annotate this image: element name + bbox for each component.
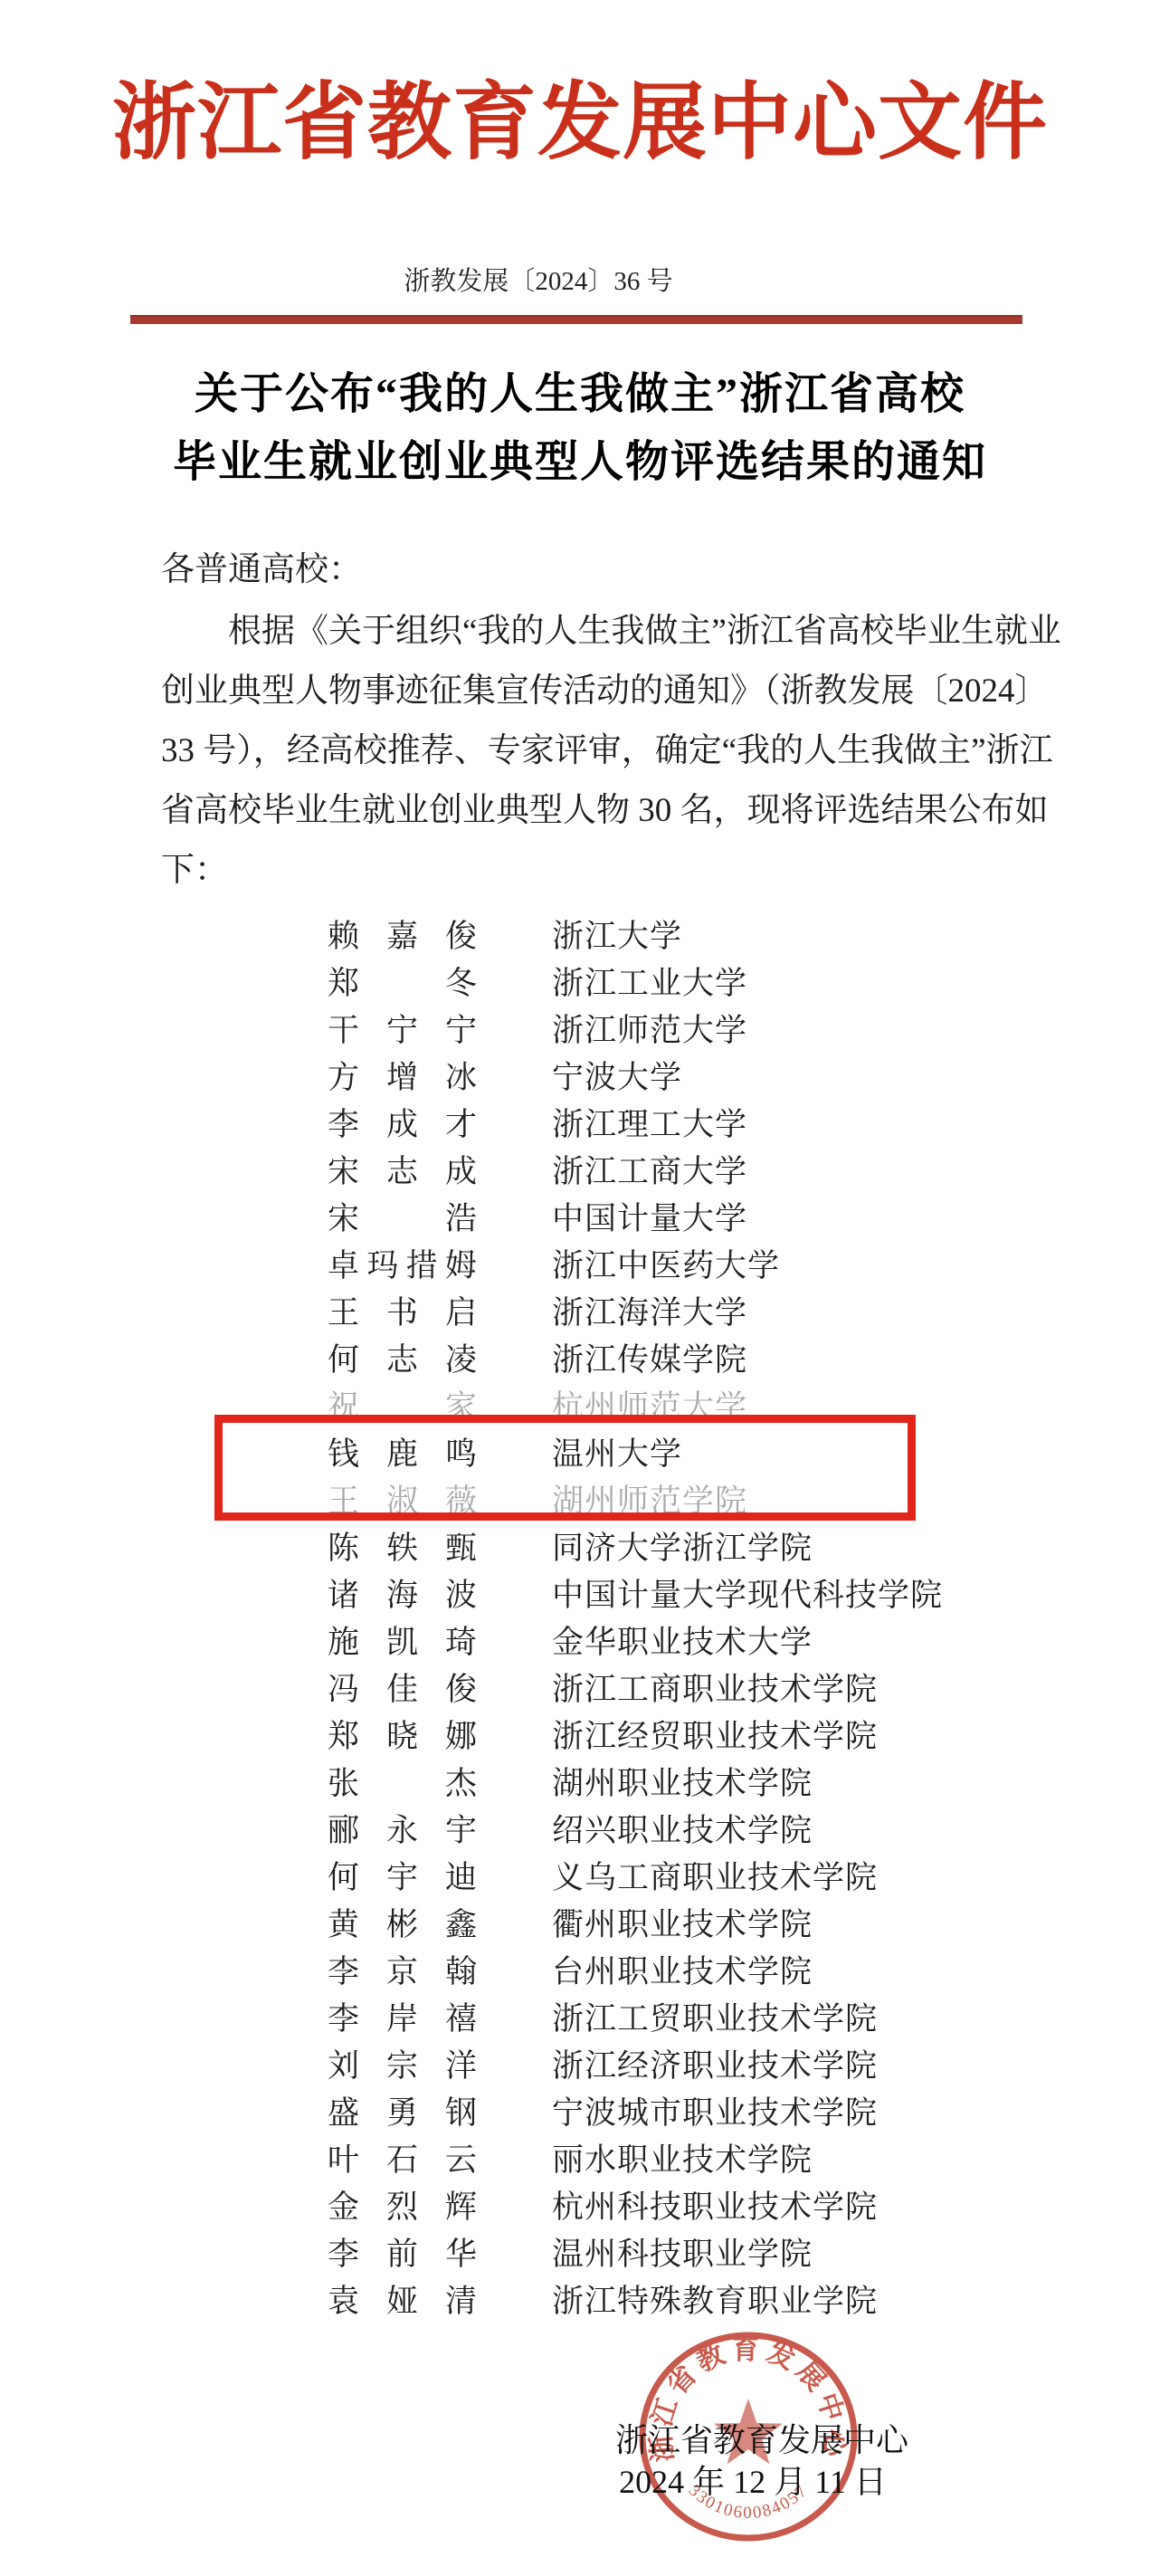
awardee-list: 赖嘉俊浙江大学郑 冬浙江工业大学干宁宁浙江师范大学方增冰宁波大学李成才浙江理工大… xyxy=(328,913,997,2325)
list-row: 李成才浙江理工大学 xyxy=(328,1102,997,1149)
awardee-school: 浙江大学 xyxy=(552,913,682,960)
awardee-school: 浙江工商职业技术学院 xyxy=(552,1666,878,1713)
awardee-name: 宋志成 xyxy=(328,1149,477,1196)
awardee-name: 何志凌 xyxy=(328,1337,477,1384)
list-row: 何宇迪义乌工商职业技术学院 xyxy=(328,1855,997,1902)
signature-org: 浙江省教育发展中心 xyxy=(581,2415,943,2461)
awardee-name: 方增冰 xyxy=(328,1054,477,1102)
awardee-name: 张 杰 xyxy=(328,1760,477,1808)
signature-date: 2024 年 12 月 11 日 xyxy=(572,2457,934,2503)
letterhead-title: 浙江省教育发展中心文件 xyxy=(0,76,1160,173)
highlight-box xyxy=(214,1415,916,1521)
list-row: 黄彬鑫衢州职业技术学院 xyxy=(328,1902,997,1949)
list-row: 施凯琦金华职业技术大学 xyxy=(328,1619,997,1666)
list-row: 盛勇钢宁波城市职业技术学院 xyxy=(328,2090,997,2137)
awardee-name: 诸海波 xyxy=(328,1572,477,1619)
awardee-name: 李前华 xyxy=(328,2231,477,2278)
body-line: 33 号），经高校推荐、专家评审，确定“我的人生我做主”浙江 xyxy=(161,721,995,781)
list-row: 干宁宁浙江师范大学 xyxy=(328,1007,997,1054)
list-row: 郑 冬浙江工业大学 xyxy=(328,960,997,1007)
list-row: 卓玛措姆浙江中医药大学 xyxy=(328,1243,997,1290)
awardee-name: 郦永宇 xyxy=(328,1808,477,1855)
awardee-school: 台州职业技术学院 xyxy=(552,1949,813,1996)
list-row: 袁娅清浙江特殊教育职业学院 xyxy=(328,2278,997,2325)
awardee-name: 李岸禧 xyxy=(328,1996,477,2043)
list-row: 何志凌浙江传媒学院 xyxy=(328,1337,997,1384)
awardee-school: 温州科技职业学院 xyxy=(552,2231,813,2278)
awardee-school: 湖州职业技术学院 xyxy=(552,1760,813,1808)
list-row: 叶石云丽水职业技术学院 xyxy=(328,2137,997,2184)
awardee-school: 浙江经济职业技术学院 xyxy=(552,2043,878,2090)
body-line: 下： xyxy=(161,841,995,901)
list-row: 诸海波中国计量大学现代科技学院 xyxy=(328,1572,997,1619)
notice-title-line1: 关于公布“我的人生我做主”浙江省高校 xyxy=(0,360,1160,428)
notice-title-line2: 毕业生就业创业典型人物评选结果的通知 xyxy=(0,428,1160,496)
awardee-school: 金华职业技术大学 xyxy=(552,1619,813,1666)
list-row: 冯佳俊浙江工商职业技术学院 xyxy=(328,1666,997,1713)
awardee-name: 金烈辉 xyxy=(328,2184,477,2231)
awardee-name: 陈轶甄 xyxy=(328,1525,477,1572)
awardee-school: 杭州科技职业技术学院 xyxy=(552,2184,878,2231)
awardee-name: 叶石云 xyxy=(328,2137,477,2184)
awardee-school: 浙江工商大学 xyxy=(552,1149,747,1196)
awardee-school: 浙江传媒学院 xyxy=(552,1337,747,1384)
awardee-school: 浙江工贸职业技术学院 xyxy=(552,1996,878,2043)
awardee-name: 施凯琦 xyxy=(328,1619,477,1666)
awardee-name: 李京翰 xyxy=(328,1949,477,1996)
awardee-school: 衢州职业技术学院 xyxy=(552,1902,813,1949)
list-row: 刘宗洋浙江经济职业技术学院 xyxy=(328,2043,997,2090)
list-row: 赖嘉俊浙江大学 xyxy=(328,913,997,960)
red-separator-line xyxy=(130,315,1022,324)
document-page: 浙江省教育发展中心文件 浙教发展〔2024〕36 号 关于公布“我的人生我做主”… xyxy=(0,0,1160,2576)
awardee-name: 卓玛措姆 xyxy=(328,1243,477,1290)
awardee-school: 浙江理工大学 xyxy=(552,1102,747,1149)
awardee-school: 丽水职业技术学院 xyxy=(552,2137,813,2184)
awardee-name: 袁娅清 xyxy=(328,2278,477,2325)
list-row: 郑晓娜浙江经贸职业技术学院 xyxy=(328,1713,997,1760)
list-row: 方增冰宁波大学 xyxy=(328,1054,997,1102)
awardee-name: 郑晓娜 xyxy=(328,1713,477,1760)
awardee-school: 绍兴职业技术学院 xyxy=(552,1808,813,1855)
awardee-name: 刘宗洋 xyxy=(328,2043,477,2090)
list-row: 李京翰台州职业技术学院 xyxy=(328,1949,997,1996)
list-row: 宋 浩中国计量大学 xyxy=(328,1196,997,1243)
awardee-name: 干宁宁 xyxy=(328,1007,477,1054)
salutation: 各普通高校： xyxy=(161,540,995,600)
awardee-school: 同济大学浙江学院 xyxy=(552,1525,813,1572)
awardee-name: 黄彬鑫 xyxy=(328,1902,477,1949)
awardee-school: 中国计量大学 xyxy=(552,1196,747,1243)
awardee-school: 浙江经贸职业技术学院 xyxy=(552,1713,878,1760)
list-row: 郦永宇绍兴职业技术学院 xyxy=(328,1808,997,1855)
awardee-school: 浙江师范大学 xyxy=(552,1007,747,1054)
body-line: 省高校毕业生就业创业典型人物 30 名，现将评选结果公布如 xyxy=(161,781,995,841)
document-number: 浙教发展〔2024〕36 号 xyxy=(0,261,1077,298)
list-row: 陈轶甄同济大学浙江学院 xyxy=(328,1525,997,1572)
awardee-name: 宋 浩 xyxy=(328,1196,477,1243)
body-paragraph: 根据《关于组织“我的人生我做主”浙江省高校毕业生就业创业典型人物事迹征集宣传活动… xyxy=(161,602,995,901)
awardee-school: 浙江特殊教育职业学院 xyxy=(552,2278,878,2325)
body-line: 创业典型人物事迹征集宣传活动的通知》（浙教发展〔2024〕 xyxy=(161,662,995,721)
list-row: 张 杰湖州职业技术学院 xyxy=(328,1760,997,1808)
document-body: 各普通高校： 根据《关于组织“我的人生我做主”浙江省高校毕业生就业创业典型人物事… xyxy=(161,540,995,901)
awardee-school: 宁波城市职业技术学院 xyxy=(552,2090,878,2137)
awardee-school: 浙江海洋大学 xyxy=(552,1290,747,1337)
awardee-school: 中国计量大学现代科技学院 xyxy=(552,1572,943,1619)
list-row: 李前华温州科技职业学院 xyxy=(328,2231,997,2278)
list-row: 金烈辉杭州科技职业技术学院 xyxy=(328,2184,997,2231)
awardee-name: 盛勇钢 xyxy=(328,2090,477,2137)
body-line: 根据《关于组织“我的人生我做主”浙江省高校毕业生就业 xyxy=(161,602,995,662)
notice-title: 关于公布“我的人生我做主”浙江省高校 毕业生就业创业典型人物评选结果的通知 xyxy=(0,360,1160,496)
awardee-name: 李成才 xyxy=(328,1102,477,1149)
awardee-name: 王书启 xyxy=(328,1290,477,1337)
awardee-school: 宁波大学 xyxy=(552,1054,682,1102)
list-row: 王书启浙江海洋大学 xyxy=(328,1290,997,1337)
list-row: 宋志成浙江工商大学 xyxy=(328,1149,997,1196)
awardee-school: 义乌工商职业技术学院 xyxy=(552,1855,878,1902)
awardee-name: 赖嘉俊 xyxy=(328,913,477,960)
awardee-name: 郑 冬 xyxy=(328,960,477,1007)
awardee-school: 浙江中医药大学 xyxy=(552,1243,780,1290)
awardee-school: 浙江工业大学 xyxy=(552,960,747,1007)
awardee-name: 冯佳俊 xyxy=(328,1666,477,1713)
awardee-name: 何宇迪 xyxy=(328,1855,477,1902)
list-row: 李岸禧浙江工贸职业技术学院 xyxy=(328,1996,997,2043)
